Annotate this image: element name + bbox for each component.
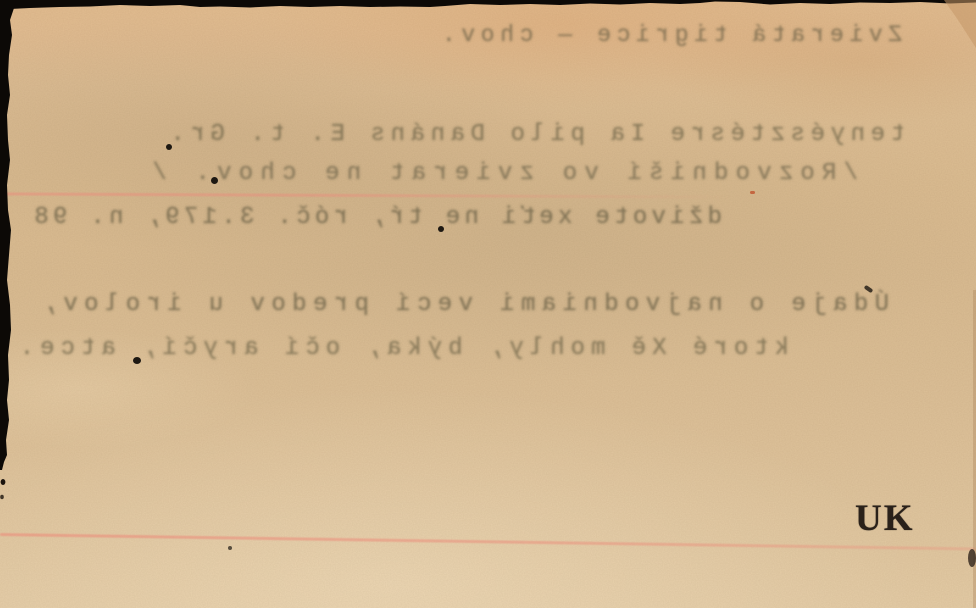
ghost-text-line: Údaje o najvodniami vecí predov u irolov… <box>5 291 889 318</box>
catalog-card-scan: Zvieratá tigrice — chov. tenyésztésre Ia… <box>0 0 976 608</box>
uk-stamp: UK <box>855 500 915 537</box>
ink-speck <box>438 226 444 232</box>
ink-speck <box>228 546 232 550</box>
red-rule-line <box>0 192 730 198</box>
top-edge-shadow <box>0 0 976 10</box>
ghost-text-line: ktoré Xě mohly, býka, očí aryčí, atce. <box>15 335 789 362</box>
ghost-text-line: dživote xeťi ne tŕ, róč. 3.179, n. 98 <box>30 204 722 231</box>
ghost-text-line: /Rozvodniší vo zvierat ne chov. / <box>140 160 858 187</box>
red-rule-line <box>0 533 976 550</box>
ink-speck <box>750 191 755 194</box>
ink-speck <box>211 177 218 184</box>
right-edge-mark <box>968 549 976 567</box>
left-edge-speck <box>1 479 6 485</box>
ghost-text-line: tenyésztésre Ia pilo Danáns E. t. Gr. <box>135 121 905 148</box>
ghost-text-line: Zvieratá tigrice — chov. <box>418 22 902 48</box>
ink-speck <box>166 144 172 150</box>
left-edge-speck <box>0 495 4 499</box>
ink-speck <box>133 357 141 364</box>
top-right-corner-shade <box>944 0 976 48</box>
left-edge-shadow <box>0 0 16 470</box>
